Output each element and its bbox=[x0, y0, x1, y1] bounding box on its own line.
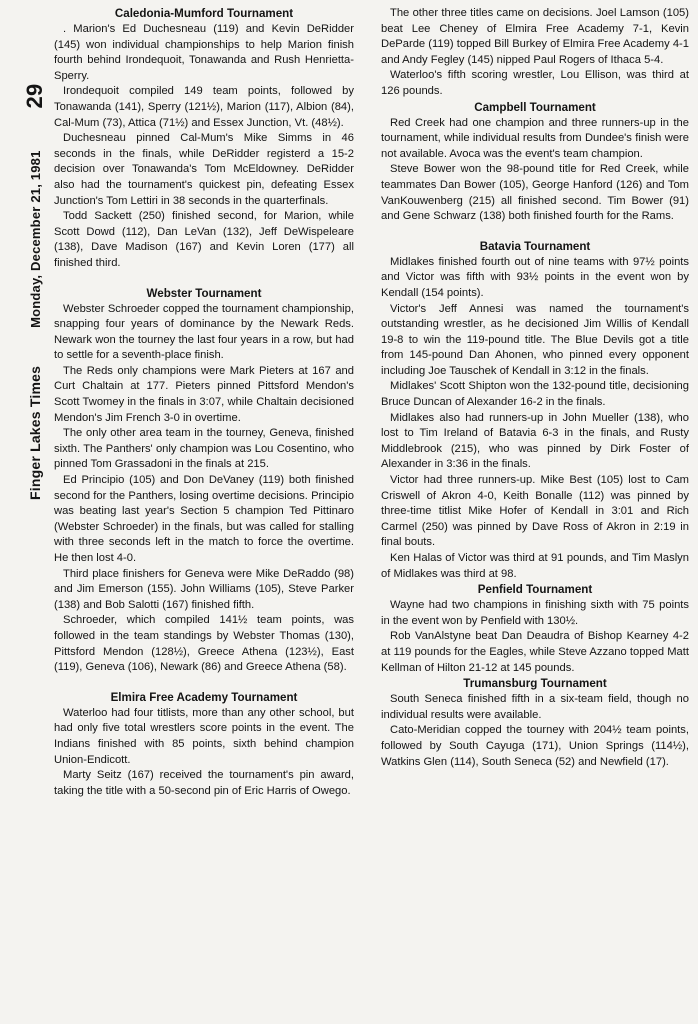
article-paragraph: Rob VanAlstyne beat Dan Deaudra of Bisho… bbox=[381, 629, 689, 676]
section-heading-elmira-free-academy: Elmira Free Academy Tournament bbox=[54, 690, 354, 706]
article-paragraph: Victor's Jeff Annesi was named the tourn… bbox=[381, 302, 689, 380]
page-number: 29 bbox=[22, 84, 48, 109]
article-paragraph: Irondequoit compiled 149 team points, fo… bbox=[54, 84, 354, 131]
article-paragraph: South Seneca finished fifth in a six-tea… bbox=[381, 692, 689, 723]
section-heading-trumansburg: Trumansburg Tournament bbox=[381, 676, 689, 692]
article-paragraph: . Marion's Ed Duchesneau (119) and Kevin… bbox=[54, 22, 354, 84]
page-spine: Finger Lakes Times Monday, December 21, … bbox=[0, 0, 44, 1024]
article-paragraph: The Reds only champions were Mark Pieter… bbox=[54, 364, 354, 426]
article-paragraph: Steve Bower won the 98-pound title for R… bbox=[381, 162, 689, 224]
article-paragraph: Waterloo's fifth scoring wrestler, Lou E… bbox=[381, 68, 689, 99]
article-paragraph: Midlakes' Scott Shipton won the 132-poun… bbox=[381, 379, 689, 410]
section-heading-batavia: Batavia Tournament bbox=[381, 239, 689, 255]
article-paragraph: Red Creek had one champion and three run… bbox=[381, 116, 689, 163]
article-paragraph: Marty Seitz (167) received the tournamen… bbox=[54, 768, 354, 799]
article-paragraph: Midlakes also had runners-up in John Mue… bbox=[381, 411, 689, 473]
article-paragraph: The other three titles came on decisions… bbox=[381, 6, 689, 68]
section-heading-penfield: Penfield Tournament bbox=[381, 582, 689, 598]
article-paragraph: Waterloo had four titlists, more than an… bbox=[54, 706, 354, 768]
publication-date: Monday, December 21, 1981 bbox=[28, 150, 43, 327]
article-paragraph: Todd Sackett (250) finished second, for … bbox=[54, 209, 354, 271]
article-paragraph: Cato-Meridian copped the tourney with 20… bbox=[381, 723, 689, 770]
article-paragraph: Third place finishers for Geneva were Mi… bbox=[54, 567, 354, 614]
publication-name: Finger Lakes Times bbox=[27, 366, 43, 500]
article-paragraph: Victor had three runners-up. Mike Best (… bbox=[381, 473, 689, 551]
section-heading-caledonia-mumford: Caledonia-Mumford Tournament bbox=[54, 6, 354, 22]
article-paragraph: Ed Principio (105) and Don DeVaney (119)… bbox=[54, 473, 354, 567]
article-paragraph: Duchesneau pinned Cal-Mum's Mike Simms i… bbox=[54, 131, 354, 209]
spine-header: Finger Lakes Times Monday, December 21, … bbox=[22, 84, 48, 500]
article-paragraph: Schroeder, which compiled 141½ team poin… bbox=[54, 613, 354, 675]
section-heading-campbell: Campbell Tournament bbox=[381, 100, 689, 116]
article-paragraph: Wayne had two champions in finishing six… bbox=[381, 598, 689, 629]
article-paragraph: Webster Schroeder copped the tournament … bbox=[54, 302, 354, 364]
left-column: Caledonia-Mumford Tournament . Marion's … bbox=[54, 6, 354, 799]
article-paragraph: Midlakes finished fourth out of nine tea… bbox=[381, 255, 689, 302]
article-paragraph: Ken Halas of Victor was third at 91 poun… bbox=[381, 551, 689, 582]
right-column: The other three titles came on decisions… bbox=[381, 6, 689, 770]
article-paragraph: The only other area team in the tourney,… bbox=[54, 426, 354, 473]
section-heading-webster: Webster Tournament bbox=[54, 286, 354, 302]
